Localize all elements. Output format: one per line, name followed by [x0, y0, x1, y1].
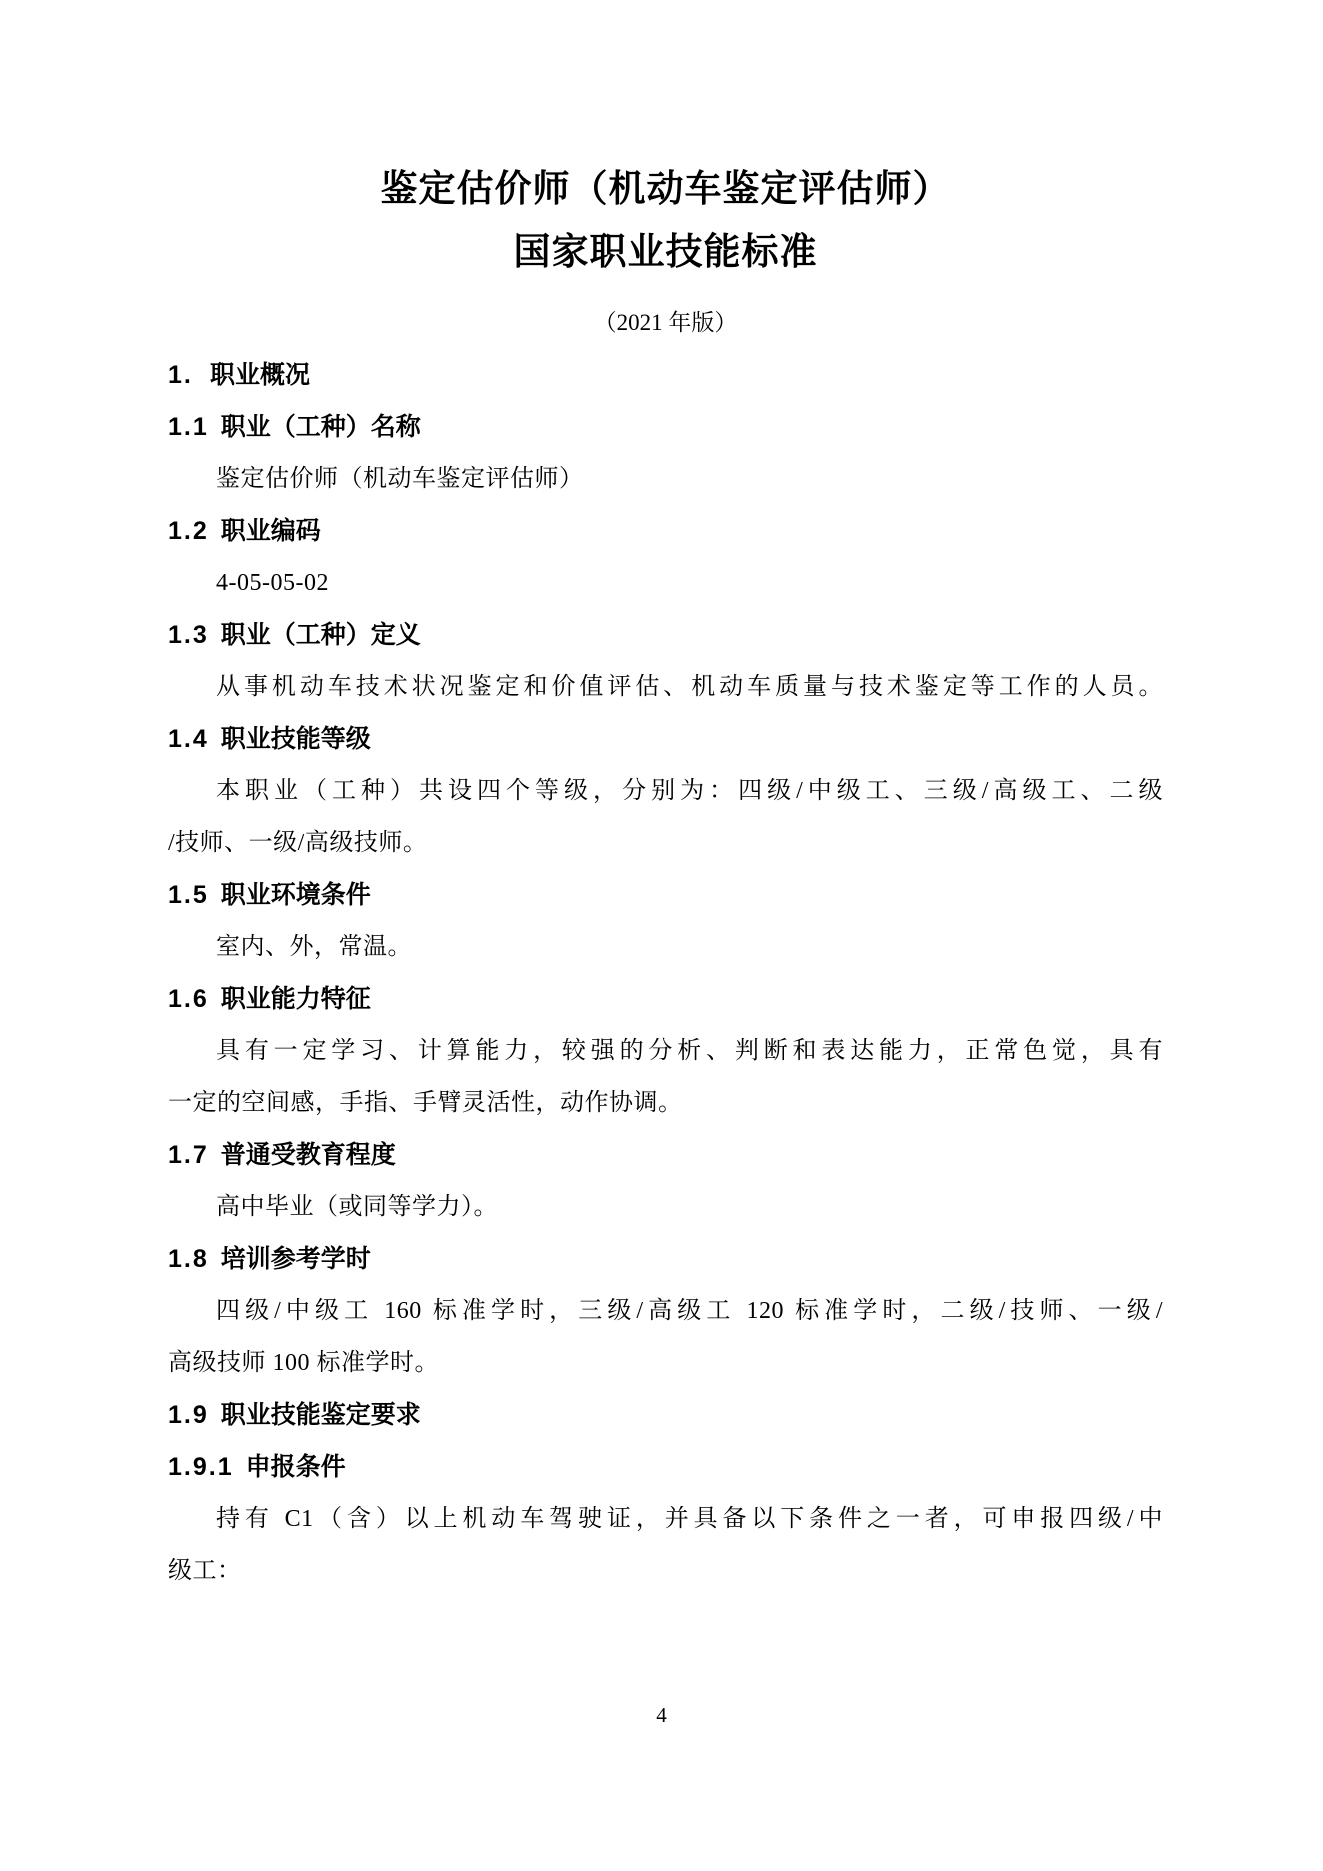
section-heading-1-4: 1.4职业技能等级: [168, 713, 1163, 765]
body-line: 持有 C1（含）以上机动车驾驶证，并具备以下条件之一者，可申报四级/中: [168, 1493, 1163, 1545]
body-line: 四级/中级工 160 标准学时，三级/高级工 120 标准学时，二级/技师、一级…: [168, 1285, 1163, 1337]
section-title: 申报条件: [246, 1453, 346, 1481]
section-title: 职业能力特征: [221, 985, 371, 1013]
section-number: 1.: [168, 349, 198, 401]
body-line: 高中毕业（或同等学力）。: [168, 1181, 1163, 1233]
section-number: 1.4: [168, 713, 209, 765]
body-line: 高级技师 100 标准学时。: [168, 1337, 1163, 1389]
document-body: 1.职业概况1.1职业（工种）名称鉴定估价师（机动车鉴定评估师）1.2职业编码4…: [168, 349, 1163, 1597]
section-number: 1.7: [168, 1129, 209, 1181]
section-number: 1.5: [168, 869, 209, 921]
section-heading-1-6: 1.6职业能力特征: [168, 973, 1163, 1025]
section-heading-1-2: 1.2职业编码: [168, 505, 1163, 557]
section-heading-1-5: 1.5职业环境条件: [168, 869, 1163, 921]
section-number: 1.8: [168, 1233, 209, 1285]
section-title: 职业环境条件: [221, 881, 371, 909]
section-heading-1-8: 1.8培训参考学时: [168, 1233, 1163, 1285]
section-title: 职业技能等级: [221, 725, 371, 753]
section-number: 1.1: [168, 401, 209, 453]
body-line: 具有一定学习、计算能力，较强的分析、判断和表达能力，正常色觉，具有: [168, 1025, 1163, 1077]
edition-label: （2021 年版）: [168, 308, 1163, 338]
section-title: 职业技能鉴定要求: [221, 1401, 421, 1429]
section-number: 1.9: [168, 1389, 209, 1441]
section-heading-1-1: 1.1职业（工种）名称: [168, 401, 1163, 453]
section-heading-1-9-1: 1.9.1申报条件: [168, 1441, 1163, 1493]
section-number: 1.2: [168, 505, 209, 557]
document-title-line1: 鉴定估价师（机动车鉴定评估师）: [168, 169, 1163, 209]
document-page: 鉴定估价师（机动车鉴定评估师） 国家职业技能标准 （2021 年版） 1.职业概…: [0, 0, 1323, 1871]
section-number: 1.6: [168, 973, 209, 1025]
body-line: 4-05-05-02: [168, 557, 1163, 609]
section-title: 普通受教育程度: [221, 1141, 396, 1169]
body-line: 鉴定估价师（机动车鉴定评估师）: [168, 453, 1163, 505]
section-heading-1-3: 1.3职业（工种）定义: [168, 609, 1163, 661]
section-heading-1-9: 1.9职业技能鉴定要求: [168, 1389, 1163, 1441]
body-line: 室内、外，常温。: [168, 921, 1163, 973]
section-title: 职业编码: [221, 517, 321, 545]
body-line: 级工：: [168, 1545, 1163, 1597]
body-line: /技师、一级/高级技师。: [168, 817, 1163, 869]
section-number: 1.3: [168, 609, 209, 661]
body-line: 本职业（工种）共设四个等级，分别为：四级/中级工、三级/高级工、二级: [168, 765, 1163, 817]
document-content: 鉴定估价师（机动车鉴定评估师） 国家职业技能标准 （2021 年版） 1.职业概…: [168, 0, 1163, 1597]
body-line: 从事机动车技术状况鉴定和价值评估、机动车质量与技术鉴定等工作的人员。: [168, 661, 1163, 713]
page-number: 4: [0, 1700, 1323, 1730]
section-title: 职业（工种）定义: [221, 621, 421, 649]
section-heading-1: 1.职业概况: [168, 349, 1163, 401]
body-line: 一定的空间感，手指、手臂灵活性，动作协调。: [168, 1077, 1163, 1129]
document-title-line2: 国家职业技能标准: [168, 232, 1163, 272]
section-title: 职业（工种）名称: [221, 413, 421, 441]
section-number: 1.9.1: [168, 1441, 234, 1493]
section-heading-1-7: 1.7普通受教育程度: [168, 1129, 1163, 1181]
section-title: 培训参考学时: [221, 1245, 371, 1273]
section-title: 职业概况: [210, 361, 310, 389]
